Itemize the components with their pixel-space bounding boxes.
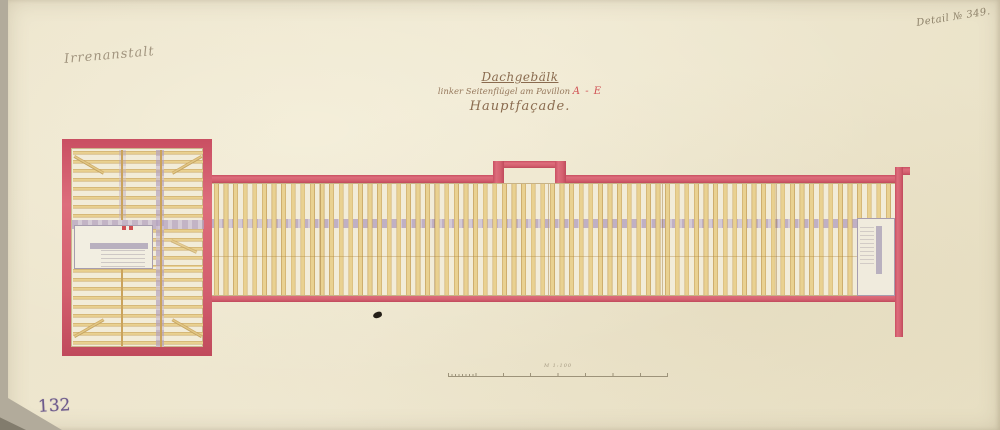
scanned-drawing-sheet: Irrenanstalt Detail № 349. Dachgebälk li… [0, 0, 1000, 430]
purlin-beam-3 [121, 269, 123, 346]
stairwell-opening [74, 225, 153, 269]
section-joint-5 [776, 184, 777, 295]
section-joint-4 [662, 184, 663, 295]
joist-field-bottom [73, 269, 203, 346]
wing-stair-steps-hatch [860, 227, 874, 267]
pavilion-interior [71, 148, 203, 347]
archive-number-stamp: 132 [37, 395, 70, 417]
gable-wall-return [903, 167, 910, 175]
title-subtitle: linker Seitenflügel am Pavillon A - E [430, 86, 610, 97]
scale-bar: M 1:100 [448, 363, 668, 381]
scale-fine-ticks [448, 374, 476, 377]
title-block: Dachgebälk linker Seitenflügel am Pavill… [430, 70, 610, 114]
gable-wall [895, 167, 903, 337]
purlin-beam-2 [121, 150, 123, 220]
rafter-joint-line [212, 256, 895, 257]
title-facade: Hauptfaçade. [430, 99, 610, 114]
purlin-beam [160, 150, 162, 347]
dormer-wall-left [493, 161, 504, 183]
section-joint-3 [548, 184, 549, 295]
dormer-wall-right [555, 161, 566, 183]
section-joint-1 [320, 184, 321, 295]
dormer-opening [504, 168, 555, 183]
joist-field-top [73, 151, 203, 221]
chimney-mark [122, 226, 126, 230]
scale-label: M 1:100 [448, 363, 668, 369]
section-joint-2 [434, 184, 435, 295]
wing-stair-flight [876, 226, 882, 274]
wing-stairwell-opening [857, 218, 895, 296]
stair-landing-beam [90, 243, 148, 249]
scale-ticks [448, 373, 668, 377]
pavilion-roof-plan [62, 139, 212, 356]
chimney-mark-2 [129, 226, 133, 230]
title-main: Dachgebälk [430, 70, 610, 84]
title-subtitle-text: linker Seitenflügel am Pavillon [438, 87, 570, 97]
background-corner-shadow [0, 412, 26, 430]
title-pavilion-range: A - E [573, 86, 602, 97]
rafter-field [214, 184, 893, 295]
stair-steps-hatch [101, 250, 145, 267]
wing-roof-interior [212, 183, 895, 296]
